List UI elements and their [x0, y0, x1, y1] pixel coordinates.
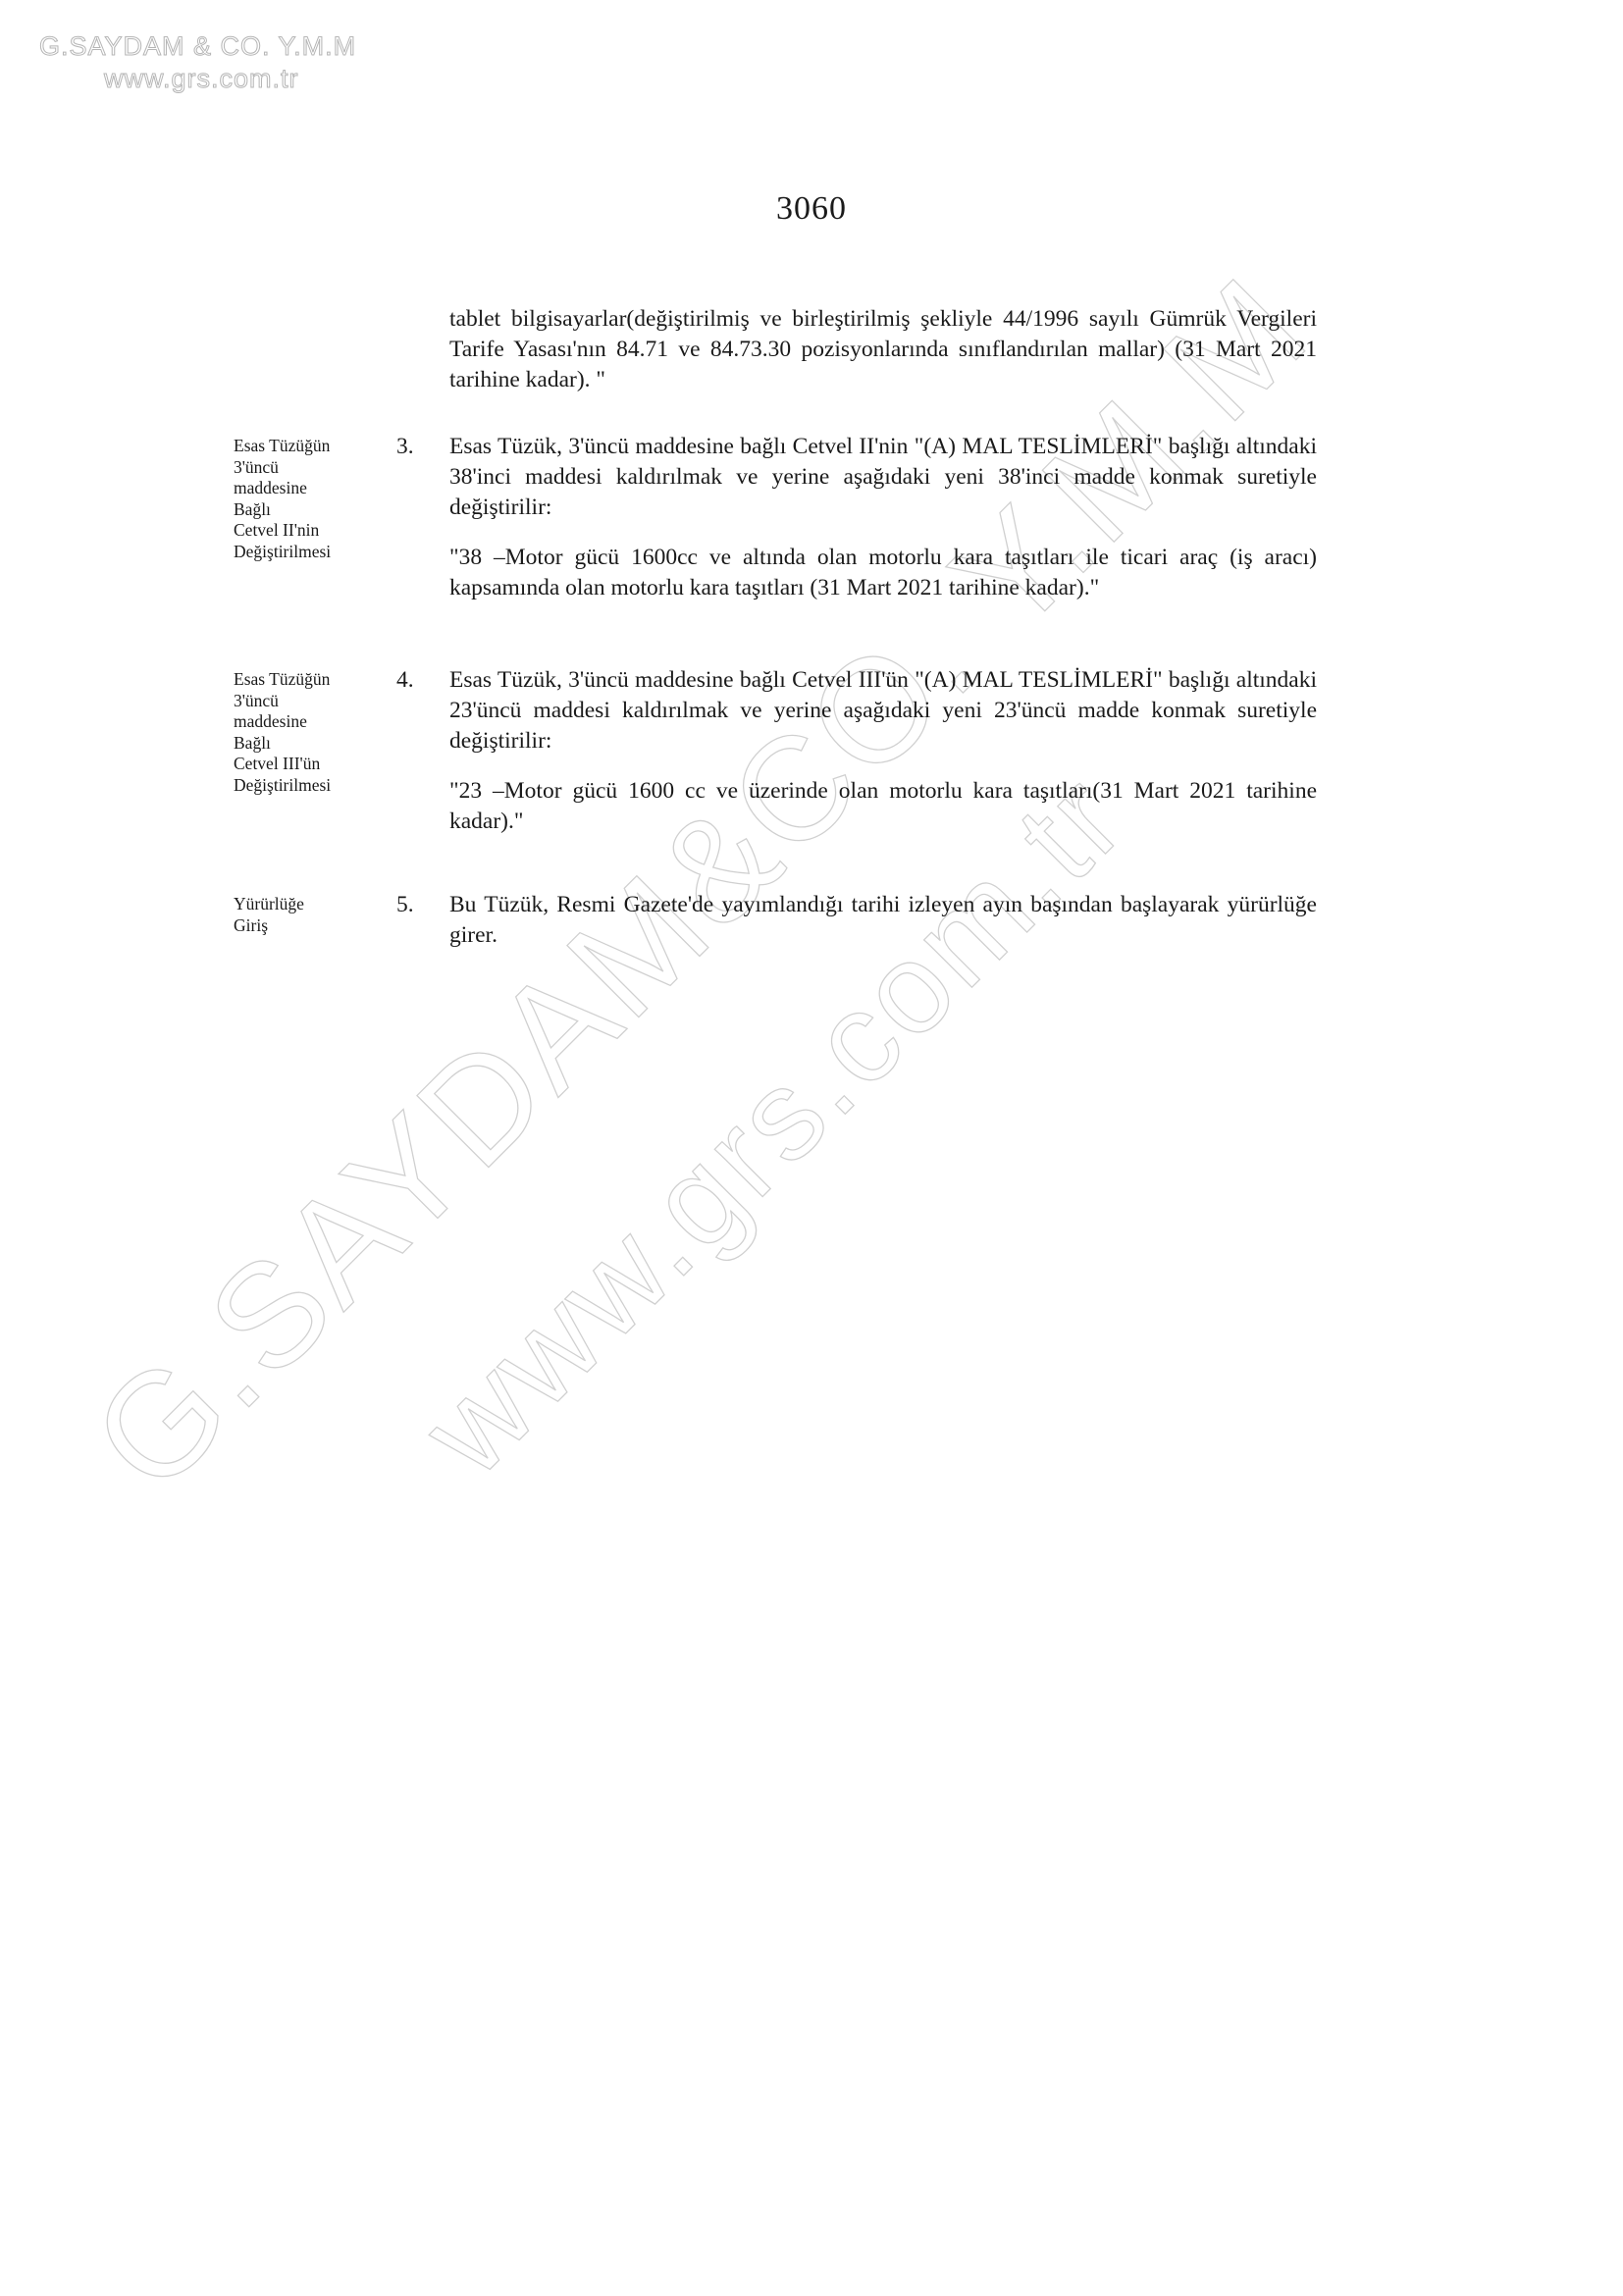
margin-heading: Yürürlüğe Giriş: [234, 894, 391, 936]
margin-heading-line: Esas Tüzüğün: [234, 669, 391, 691]
article-paragraph: Bu Tüzük, Resmi Gazete'de yayımlandığı t…: [449, 890, 1317, 951]
margin-heading: Esas Tüzüğün 3'üncü maddesine Bağlı Cetv…: [234, 669, 391, 797]
article-number: 4.: [396, 665, 414, 696]
article-paragraph: Esas Tüzük, 3'üncü maddesine bağlı Cetve…: [449, 432, 1317, 523]
margin-heading-line: Bağlı: [234, 733, 391, 755]
margin-heading-line: Cetvel III'ün: [234, 754, 391, 775]
margin-heading-line: Değiştirilmesi: [234, 542, 391, 563]
margin-heading-line: Yürürlüğe: [234, 894, 391, 915]
margin-heading-line: Giriş: [234, 915, 391, 937]
margin-heading-line: maddesine: [234, 711, 391, 733]
article-number: 5.: [396, 890, 414, 920]
continued-paragraph: tablet bilgisayarlar(değiştirilmiş ve bi…: [449, 304, 1317, 395]
article-text: Esas Tüzük, 3'üncü maddesine bağlı Cetve…: [449, 432, 1317, 603]
article-text: Esas Tüzük, 3'üncü maddesine bağlı Cetve…: [449, 665, 1317, 837]
page-number: 3060: [0, 190, 1623, 228]
stamp-company-name: G.SAYDAM & CO. Y.M.M: [39, 29, 451, 63]
margin-heading-line: Esas Tüzüğün: [234, 436, 391, 457]
margin-heading-line: 3'üncü: [234, 691, 391, 712]
margin-heading-line: Değiştirilmesi: [234, 775, 391, 797]
margin-heading-line: 3'üncü: [234, 457, 391, 479]
article-number: 3.: [396, 432, 414, 462]
margin-heading-line: Bağlı: [234, 499, 391, 521]
margin-heading-line: maddesine: [234, 478, 391, 499]
margin-heading-line: Cetvel II'nin: [234, 520, 391, 542]
corner-watermark-stamp: G.SAYDAM & CO. Y.M.M www.grs.com.tr: [39, 29, 451, 94]
article-quoted-amendment: "38 –Motor gücü 1600cc ve altında olan m…: [449, 543, 1317, 603]
article-text: Bu Tüzük, Resmi Gazete'de yayımlandığı t…: [449, 890, 1317, 951]
stamp-website: www.grs.com.tr: [104, 63, 451, 94]
diagonal-watermark-website: www.grs.com.tr: [400, 751, 1146, 1496]
article-quoted-amendment: "23 –Motor gücü 1600 cc ve üzerinde olan…: [449, 776, 1317, 837]
article-paragraph: Esas Tüzük, 3'üncü maddesine bağlı Cetve…: [449, 665, 1317, 757]
margin-heading: Esas Tüzüğün 3'üncü maddesine Bağlı Cetv…: [234, 436, 391, 563]
